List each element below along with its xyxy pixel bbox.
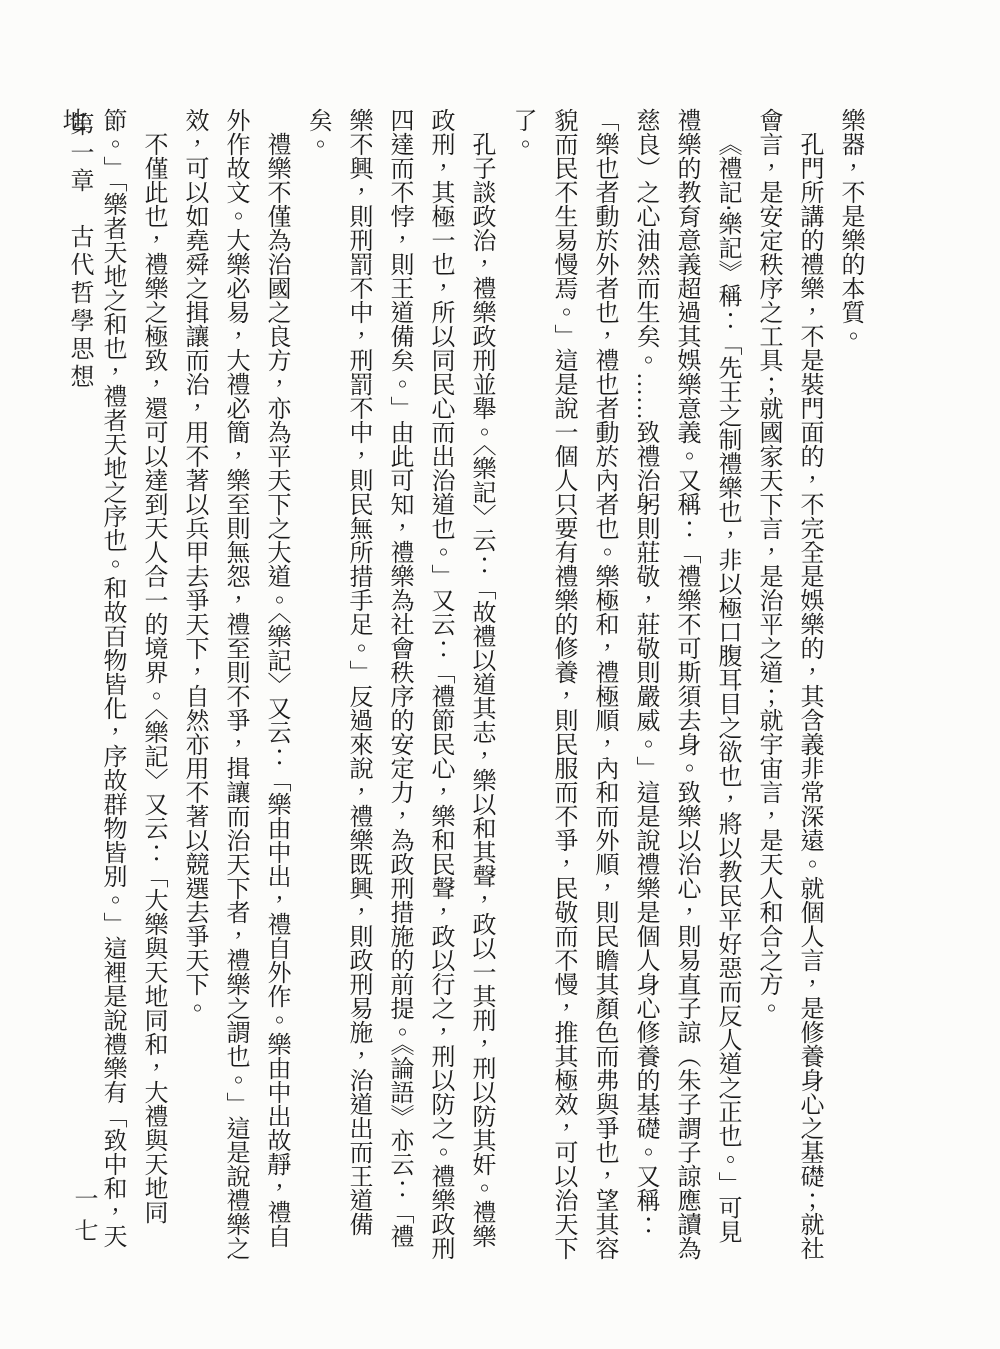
paragraph-continuation: 樂器，不是樂的本質。 [829, 108, 870, 1262]
book-page: 樂器，不是樂的本質。 孔門所講的禮樂，不是裝門面的，不完全是娛樂的，其含義非常深… [0, 0, 1000, 1349]
paragraph: 《禮記‧樂記》稱：「先王之制禮樂也，非以極口腹耳目之欲也，將以教民平好惡而反人道… [501, 108, 747, 1262]
paragraph: 孔子談政治，禮樂政刑並舉。〈樂記〉云：「故禮以道其志，樂以和其聲，政以一其刑，刑… [296, 108, 501, 1262]
paragraph: 孔門所講的禮樂，不是裝門面的，不完全是娛樂的，其含義非常深遠。就個人言，是修養身… [747, 108, 829, 1262]
page-number: 一七 [66, 1186, 101, 1250]
paragraph: 禮樂不僅為治國之良方，亦為平天下之大道。〈樂記〉又云：「樂由中出，禮自外作。樂由… [173, 108, 296, 1262]
body-text: 樂器，不是樂的本質。 孔門所講的禮樂，不是裝門面的，不完全是娛樂的，其含義非常深… [50, 108, 870, 1262]
chapter-header: 第一章 古代哲學思想 [62, 112, 97, 392]
